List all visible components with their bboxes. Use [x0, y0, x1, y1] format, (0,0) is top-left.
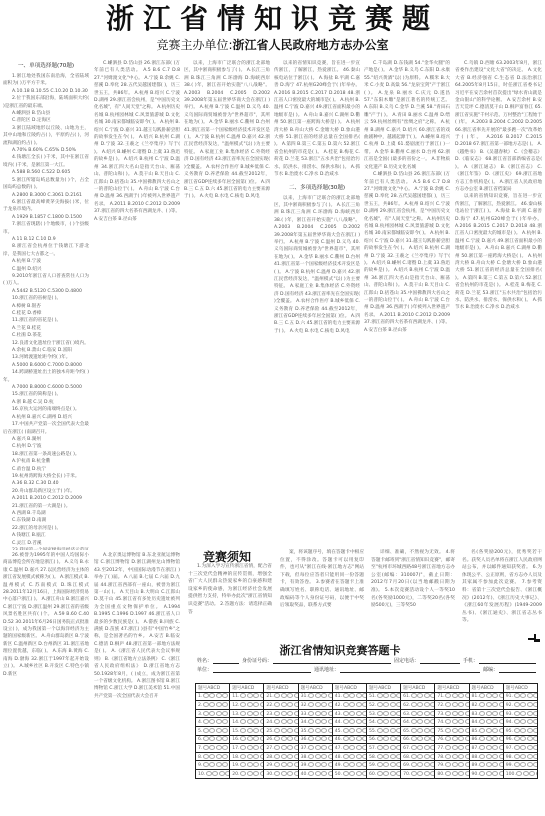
answer-bubble-C[interactable]	[216, 702, 222, 707]
answer-bubble-B[interactable]	[417, 693, 423, 698]
answer-bubble-D[interactable]	[430, 771, 434, 776]
answer-bubble-A[interactable]	[445, 719, 451, 724]
answer-bubble-D[interactable]	[328, 711, 332, 716]
answer-bubble-D[interactable]	[222, 711, 228, 716]
answer-bubble-C[interactable]	[356, 771, 362, 776]
answer-bubble-C[interactable]	[321, 728, 327, 733]
answer-bubble-B[interactable]	[209, 719, 215, 724]
answer-bubble-A[interactable]	[514, 745, 520, 750]
phone-field[interactable]	[420, 657, 460, 664]
answer-bubble-C[interactable]	[527, 754, 533, 759]
answer-bubble-A[interactable]	[274, 736, 280, 741]
answer-bubble-B[interactable]	[486, 754, 492, 759]
answer-bubble-A[interactable]	[377, 702, 383, 707]
answer-bubble-A[interactable]	[479, 754, 485, 759]
answer-bubble-B[interactable]	[417, 711, 423, 716]
answer-bubble-B[interactable]	[349, 736, 355, 741]
answer-bubble-D[interactable]	[499, 693, 503, 698]
answer-bubble-B[interactable]	[486, 728, 492, 733]
answer-bubble-A[interactable]	[411, 771, 417, 776]
answer-bubble-D[interactable]	[294, 711, 298, 716]
answer-bubble-B[interactable]	[486, 745, 492, 750]
answer-bubble-B[interactable]	[452, 702, 458, 707]
answer-bubble-C[interactable]	[527, 736, 533, 741]
answer-bubble-A[interactable]	[343, 702, 349, 707]
answer-bubble-D[interactable]	[294, 693, 298, 698]
answer-bubble-B[interactable]	[315, 719, 321, 724]
answer-bubble-C[interactable]	[424, 728, 430, 733]
answer-bubble-C[interactable]	[492, 693, 498, 698]
answer-bubble-A[interactable]	[445, 711, 451, 716]
answer-bubble-C[interactable]	[253, 702, 259, 707]
answer-bubble-A[interactable]	[343, 728, 349, 733]
answer-bubble-C[interactable]	[390, 754, 396, 759]
answer-bubble-A[interactable]	[274, 711, 280, 716]
answer-bubble-C[interactable]	[321, 702, 327, 707]
unit-field[interactable]	[213, 666, 311, 673]
answer-bubble-B[interactable]	[315, 771, 321, 776]
answer-bubble-A[interactable]	[411, 728, 417, 733]
answer-bubble-C[interactable]	[492, 702, 498, 707]
answer-bubble-D[interactable]	[328, 728, 332, 733]
answer-bubble-D[interactable]	[533, 711, 538, 716]
answer-bubble-D[interactable]	[362, 711, 366, 716]
answer-bubble-C[interactable]	[287, 693, 293, 698]
answer-bubble-C[interactable]	[424, 762, 430, 767]
answer-bubble-B[interactable]	[247, 736, 253, 741]
answer-bubble-B[interactable]	[209, 754, 215, 759]
answer-bubble-A[interactable]	[240, 762, 246, 767]
answer-bubble-C[interactable]	[529, 771, 535, 776]
answer-bubble-D[interactable]	[465, 728, 469, 733]
answer-bubble-A[interactable]	[343, 762, 349, 767]
answer-bubble-D[interactable]	[430, 728, 434, 733]
answer-bubble-B[interactable]	[281, 728, 287, 733]
answer-bubble-D[interactable]	[396, 702, 400, 707]
answer-bubble-A[interactable]	[274, 771, 280, 776]
answer-bubble-A[interactable]	[203, 754, 209, 759]
answer-bubble-C[interactable]	[287, 719, 293, 724]
answer-bubble-C[interactable]	[321, 693, 327, 698]
answer-bubble-C[interactable]	[390, 693, 396, 698]
answer-bubble-A[interactable]	[308, 711, 314, 716]
answer-bubble-C[interactable]	[492, 728, 498, 733]
answer-bubble-D[interactable]	[430, 702, 434, 707]
answer-bubble-C[interactable]	[356, 754, 362, 759]
answer-bubble-D[interactable]	[536, 771, 538, 776]
answer-bubble-C[interactable]	[492, 754, 498, 759]
answer-bubble-D[interactable]	[294, 702, 298, 707]
answer-bubble-C[interactable]	[424, 771, 430, 776]
answer-bubble-C[interactable]	[287, 762, 293, 767]
answer-bubble-A[interactable]	[411, 745, 417, 750]
answer-bubble-D[interactable]	[465, 693, 469, 698]
answer-bubble-B[interactable]	[383, 702, 389, 707]
answer-bubble-A[interactable]	[445, 762, 451, 767]
answer-bubble-B[interactable]	[383, 736, 389, 741]
answer-bubble-C[interactable]	[390, 736, 396, 741]
answer-bubble-D[interactable]	[362, 702, 366, 707]
answer-bubble-A[interactable]	[377, 711, 383, 716]
answer-bubble-A[interactable]	[479, 711, 485, 716]
answer-bubble-C[interactable]	[492, 719, 498, 724]
answer-bubble-D[interactable]	[260, 745, 264, 750]
answer-bubble-D[interactable]	[260, 702, 264, 707]
answer-bubble-B[interactable]	[247, 693, 253, 698]
answer-bubble-B[interactable]	[486, 771, 492, 776]
answer-bubble-D[interactable]	[260, 693, 264, 698]
answer-bubble-D[interactable]	[362, 736, 366, 741]
answer-bubble-C[interactable]	[216, 762, 222, 767]
answer-bubble-A[interactable]	[343, 745, 349, 750]
answer-bubble-B[interactable]	[383, 719, 389, 724]
answer-bubble-C[interactable]	[458, 711, 464, 716]
answer-bubble-D[interactable]	[362, 728, 366, 733]
answer-bubble-C[interactable]	[458, 745, 464, 750]
answer-bubble-B[interactable]	[349, 771, 355, 776]
answer-bubble-A[interactable]	[274, 719, 280, 724]
answer-bubble-B[interactable]	[209, 693, 215, 698]
answer-bubble-C[interactable]	[216, 728, 222, 733]
answer-bubble-C[interactable]	[458, 762, 464, 767]
answer-bubble-B[interactable]	[520, 754, 526, 759]
answer-bubble-B[interactable]	[281, 693, 287, 698]
answer-bubble-C[interactable]	[424, 745, 430, 750]
answer-bubble-A[interactable]	[343, 771, 349, 776]
answer-bubble-D[interactable]	[260, 711, 264, 716]
answer-bubble-A[interactable]	[274, 762, 280, 767]
answer-bubble-A[interactable]	[240, 736, 246, 741]
answer-bubble-C[interactable]	[492, 736, 498, 741]
answer-bubble-B[interactable]	[417, 754, 423, 759]
answer-bubble-A[interactable]	[411, 762, 417, 767]
answer-bubble-A[interactable]	[514, 762, 520, 767]
answer-bubble-A[interactable]	[514, 736, 520, 741]
answer-bubble-D[interactable]	[533, 736, 538, 741]
answer-bubble-B[interactable]	[383, 762, 389, 767]
answer-bubble-A[interactable]	[343, 754, 349, 759]
answer-bubble-B[interactable]	[281, 771, 287, 776]
answer-bubble-D[interactable]	[533, 728, 538, 733]
answer-bubble-D[interactable]	[430, 711, 434, 716]
answer-bubble-B[interactable]	[520, 711, 526, 716]
answer-bubble-C[interactable]	[216, 719, 222, 724]
answer-bubble-C[interactable]	[321, 762, 327, 767]
answer-bubble-A[interactable]	[411, 702, 417, 707]
answer-bubble-D[interactable]	[396, 728, 400, 733]
answer-bubble-A[interactable]	[479, 736, 485, 741]
answer-bubble-B[interactable]	[383, 754, 389, 759]
answer-bubble-D[interactable]	[465, 719, 469, 724]
answer-bubble-A[interactable]	[203, 745, 209, 750]
answer-bubble-D[interactable]	[533, 702, 538, 707]
answer-bubble-C[interactable]	[356, 719, 362, 724]
answer-bubble-A[interactable]	[445, 771, 451, 776]
answer-bubble-C[interactable]	[390, 711, 396, 716]
answer-bubble-B[interactable]	[486, 702, 492, 707]
answer-bubble-B[interactable]	[417, 771, 423, 776]
answer-bubble-B[interactable]	[417, 719, 423, 724]
answer-bubble-B[interactable]	[417, 702, 423, 707]
answer-bubble-C[interactable]	[321, 736, 327, 741]
answer-bubble-C[interactable]	[216, 745, 222, 750]
answer-bubble-D[interactable]	[533, 719, 538, 724]
answer-bubble-D[interactable]	[396, 693, 400, 698]
answer-bubble-D[interactable]	[328, 693, 332, 698]
answer-bubble-B[interactable]	[452, 719, 458, 724]
answer-bubble-D[interactable]	[260, 754, 264, 759]
answer-bubble-B[interactable]	[209, 728, 215, 733]
answer-bubble-C[interactable]	[527, 762, 533, 767]
answer-bubble-D[interactable]	[328, 736, 332, 741]
answer-bubble-A[interactable]	[411, 736, 417, 741]
answer-bubble-C[interactable]	[424, 711, 430, 716]
answer-bubble-C[interactable]	[356, 762, 362, 767]
answer-bubble-D[interactable]	[533, 762, 538, 767]
answer-bubble-D[interactable]	[294, 736, 298, 741]
answer-bubble-C[interactable]	[253, 736, 259, 741]
answer-bubble-D[interactable]	[222, 754, 228, 759]
answer-bubble-B[interactable]	[247, 762, 253, 767]
answer-bubble-D[interactable]	[396, 745, 400, 750]
answer-bubble-C[interactable]	[253, 762, 259, 767]
mobile-field[interactable]	[479, 657, 536, 664]
answer-bubble-A[interactable]	[308, 736, 314, 741]
answer-bubble-C[interactable]	[458, 754, 464, 759]
answer-bubble-C[interactable]	[253, 719, 259, 724]
answer-bubble-A[interactable]	[240, 745, 246, 750]
answer-bubble-C[interactable]	[424, 693, 430, 698]
answer-bubble-C[interactable]	[321, 745, 327, 750]
answer-bubble-A[interactable]	[411, 693, 417, 698]
answer-bubble-D[interactable]	[465, 745, 469, 750]
answer-bubble-B[interactable]	[247, 719, 253, 724]
answer-bubble-C[interactable]	[321, 711, 327, 716]
answer-bubble-C[interactable]	[356, 745, 362, 750]
answer-bubble-C[interactable]	[253, 728, 259, 733]
answer-bubble-B[interactable]	[247, 702, 253, 707]
answer-bubble-A[interactable]	[445, 754, 451, 759]
answer-bubble-A[interactable]	[514, 719, 520, 724]
answer-bubble-A[interactable]	[240, 693, 246, 698]
answer-bubble-C[interactable]	[424, 754, 430, 759]
answer-bubble-A[interactable]	[343, 719, 349, 724]
answer-bubble-C[interactable]	[253, 711, 259, 716]
answer-bubble-D[interactable]	[362, 719, 366, 724]
answer-bubble-B[interactable]	[349, 728, 355, 733]
answer-bubble-A[interactable]	[514, 702, 520, 707]
answer-bubble-C[interactable]	[253, 693, 259, 698]
answer-bubble-D[interactable]	[260, 736, 264, 741]
answer-bubble-D[interactable]	[362, 754, 366, 759]
answer-bubble-C[interactable]	[356, 728, 362, 733]
answer-bubble-A[interactable]	[203, 736, 209, 741]
answer-bubble-B[interactable]	[349, 719, 355, 724]
answer-bubble-B[interactable]	[247, 745, 253, 750]
answer-bubble-A[interactable]	[377, 728, 383, 733]
answer-bubble-D[interactable]	[499, 702, 503, 707]
answer-bubble-C[interactable]	[216, 711, 222, 716]
answer-bubble-C[interactable]	[424, 736, 430, 741]
answer-bubble-D[interactable]	[294, 754, 298, 759]
answer-bubble-B[interactable]	[452, 728, 458, 733]
answer-bubble-C[interactable]	[527, 719, 533, 724]
answer-bubble-A[interactable]	[445, 728, 451, 733]
answer-bubble-A[interactable]	[206, 771, 212, 776]
answer-bubble-B[interactable]	[209, 702, 215, 707]
answer-bubble-D[interactable]	[533, 693, 538, 698]
answer-bubble-D[interactable]	[260, 762, 264, 767]
answer-bubble-B[interactable]	[520, 693, 526, 698]
answer-bubble-A[interactable]	[203, 702, 209, 707]
answer-bubble-D[interactable]	[260, 728, 264, 733]
answer-bubble-D[interactable]	[430, 736, 434, 741]
answer-bubble-D[interactable]	[396, 754, 400, 759]
answer-bubble-D[interactable]	[328, 754, 332, 759]
answer-bubble-B[interactable]	[383, 771, 389, 776]
answer-bubble-A[interactable]	[411, 711, 417, 716]
answer-bubble-A[interactable]	[377, 745, 383, 750]
answer-bubble-C[interactable]	[527, 702, 533, 707]
answer-bubble-D[interactable]	[533, 745, 538, 750]
answer-bubble-D[interactable]	[465, 771, 469, 776]
answer-bubble-B[interactable]	[452, 754, 458, 759]
answer-bubble-C[interactable]	[492, 745, 498, 750]
answer-bubble-A[interactable]	[377, 719, 383, 724]
answer-bubble-D[interactable]	[396, 762, 400, 767]
answer-bubble-B[interactable]	[486, 693, 492, 698]
answer-bubble-C[interactable]	[527, 711, 533, 716]
answer-bubble-D[interactable]	[499, 728, 503, 733]
answer-bubble-A[interactable]	[203, 719, 209, 724]
answer-bubble-A[interactable]	[274, 693, 280, 698]
answer-bubble-C[interactable]	[527, 745, 533, 750]
answer-bubble-A[interactable]	[343, 736, 349, 741]
answer-bubble-D[interactable]	[499, 754, 503, 759]
answer-bubble-B[interactable]	[452, 711, 458, 716]
name-field[interactable]	[213, 657, 239, 664]
answer-bubble-C[interactable]	[492, 711, 498, 716]
answer-bubble-C[interactable]	[287, 728, 293, 733]
answer-bubble-B[interactable]	[315, 711, 321, 716]
answer-bubble-D[interactable]	[222, 719, 228, 724]
answer-bubble-B[interactable]	[315, 745, 321, 750]
answer-bubble-C[interactable]	[492, 771, 498, 776]
answer-bubble-D[interactable]	[499, 719, 503, 724]
answer-bubble-D[interactable]	[260, 719, 264, 724]
answer-bubble-C[interactable]	[458, 771, 464, 776]
answer-bubble-D[interactable]	[499, 771, 503, 776]
answer-bubble-B[interactable]	[383, 693, 389, 698]
answer-bubble-B[interactable]	[452, 771, 458, 776]
answer-bubble-B[interactable]	[417, 728, 423, 733]
answer-bubble-D[interactable]	[465, 762, 469, 767]
answer-bubble-B[interactable]	[486, 719, 492, 724]
answer-bubble-B[interactable]	[209, 745, 215, 750]
answer-bubble-B[interactable]	[520, 719, 526, 724]
answer-bubble-D[interactable]	[294, 762, 298, 767]
answer-bubble-B[interactable]	[486, 711, 492, 716]
answer-bubble-B[interactable]	[247, 728, 253, 733]
answer-bubble-B[interactable]	[212, 771, 218, 776]
answer-bubble-A[interactable]	[514, 693, 520, 698]
answer-bubble-A[interactable]	[203, 728, 209, 733]
answer-bubble-C[interactable]	[253, 771, 259, 776]
answer-bubble-C[interactable]	[356, 711, 362, 716]
answer-bubble-B[interactable]	[452, 745, 458, 750]
answer-bubble-D[interactable]	[328, 745, 332, 750]
answer-bubble-B[interactable]	[349, 754, 355, 759]
answer-bubble-C[interactable]	[356, 693, 362, 698]
answer-bubble-D[interactable]	[465, 754, 469, 759]
answer-bubble-B[interactable]	[383, 728, 389, 733]
answer-bubble-B[interactable]	[452, 693, 458, 698]
answer-bubble-B[interactable]	[315, 693, 321, 698]
answer-bubble-D[interactable]	[396, 719, 400, 724]
answer-bubble-B[interactable]	[315, 762, 321, 767]
answer-bubble-D[interactable]	[328, 719, 332, 724]
answer-bubble-B[interactable]	[247, 771, 253, 776]
answer-bubble-A[interactable]	[308, 719, 314, 724]
answer-bubble-C[interactable]	[216, 754, 222, 759]
answer-bubble-B[interactable]	[281, 754, 287, 759]
answer-bubble-C[interactable]	[287, 702, 293, 707]
answer-bubble-A[interactable]	[343, 693, 349, 698]
answer-bubble-D[interactable]	[328, 771, 332, 776]
answer-bubble-A[interactable]	[411, 719, 417, 724]
answer-bubble-D[interactable]	[362, 745, 366, 750]
answer-bubble-D[interactable]	[294, 719, 298, 724]
answer-bubble-C[interactable]	[287, 754, 293, 759]
answer-bubble-D[interactable]	[362, 771, 366, 776]
answer-bubble-D[interactable]	[499, 711, 503, 716]
answer-bubble-C[interactable]	[287, 745, 293, 750]
answer-bubble-B[interactable]	[315, 754, 321, 759]
answer-bubble-D[interactable]	[396, 711, 400, 716]
answer-bubble-B[interactable]	[281, 711, 287, 716]
answer-bubble-D[interactable]	[225, 771, 229, 776]
answer-bubble-A[interactable]	[240, 771, 246, 776]
answer-bubble-C[interactable]	[424, 719, 430, 724]
answer-bubble-A[interactable]	[377, 736, 383, 741]
answer-bubble-C[interactable]	[527, 728, 533, 733]
answer-bubble-C[interactable]	[287, 736, 293, 741]
answer-bubble-C[interactable]	[253, 754, 259, 759]
answer-bubble-B[interactable]	[247, 711, 253, 716]
answer-bubble-A[interactable]	[377, 693, 383, 698]
answer-bubble-D[interactable]	[533, 754, 538, 759]
answer-bubble-D[interactable]	[328, 702, 332, 707]
answer-bubble-C[interactable]	[390, 719, 396, 724]
answer-bubble-B[interactable]	[520, 745, 526, 750]
answer-bubble-A[interactable]	[445, 745, 451, 750]
answer-bubble-C[interactable]	[458, 728, 464, 733]
answer-bubble-B[interactable]	[383, 745, 389, 750]
answer-bubble-D[interactable]	[465, 711, 469, 716]
answer-bubble-A[interactable]	[479, 693, 485, 698]
answer-bubble-B[interactable]	[281, 762, 287, 767]
answer-bubble-C[interactable]	[390, 702, 396, 707]
answer-bubble-D[interactable]	[430, 762, 434, 767]
answer-bubble-C[interactable]	[287, 711, 293, 716]
answer-bubble-B[interactable]	[349, 693, 355, 698]
answer-bubble-D[interactable]	[499, 762, 503, 767]
answer-bubble-A[interactable]	[240, 719, 246, 724]
answer-bubble-D[interactable]	[499, 736, 503, 741]
answer-bubble-A[interactable]	[343, 711, 349, 716]
answer-bubble-A[interactable]	[411, 754, 417, 759]
answer-bubble-A[interactable]	[479, 771, 485, 776]
